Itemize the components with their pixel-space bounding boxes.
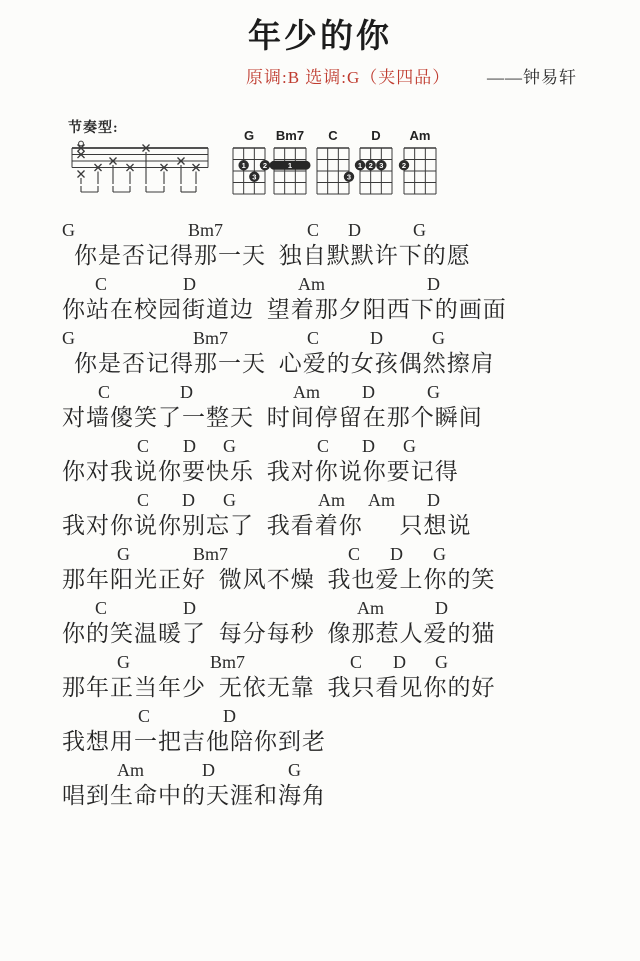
chord-label: D	[390, 544, 403, 565]
lyric-row: 你是否记得那一天 心爱的女孩偶然擦肩	[0, 349, 640, 380]
chord-label: C	[95, 274, 107, 295]
lyric-row: 唱到生命中的天涯和海角	[0, 781, 640, 812]
lyric-row: 那年正当年少 无依无靠 我只看见你的好	[0, 673, 640, 704]
chord-label: Am	[318, 490, 345, 511]
chord-label: C	[138, 706, 150, 727]
lyric-row: 你的笑温暖了 每分每秒 像那惹人爱的猫	[0, 619, 640, 650]
lyric-text: 你对我说你要快乐 我对你说你要记得	[0, 459, 459, 484]
chord-label: D	[427, 490, 440, 511]
lyric-text: 你是否记得那一天 独自默默许下的愿	[0, 243, 471, 268]
svg-text:D: D	[371, 128, 380, 143]
chord-label: D	[427, 274, 440, 295]
lyric-text: 你的笑温暖了 每分每秒 像那惹人爱的猫	[0, 621, 496, 646]
lyric-row: 对墙傻笑了一整天 时间停留在那个瞬间	[0, 403, 640, 434]
chord-label: D	[435, 598, 448, 619]
lyric-row: 你是否记得那一天 独自默默许下的愿	[0, 241, 640, 272]
chord-label: C	[307, 328, 319, 349]
chord-label: C	[348, 544, 360, 565]
svg-text:1: 1	[242, 161, 246, 170]
svg-text:1: 1	[288, 161, 292, 170]
song-line: CDAmD你站在校园街道边 望着那夕阳西下的画面	[0, 272, 640, 326]
chord-label: D	[393, 652, 406, 673]
chord-label: D	[348, 220, 361, 241]
chord-label: C	[350, 652, 362, 673]
chord-label: G	[62, 220, 75, 241]
chord-label: Am	[298, 274, 325, 295]
song-line: AmDG唱到生命中的天涯和海角	[0, 758, 640, 812]
chord-row: GBm7CDG	[0, 218, 640, 241]
chord-label: G	[117, 652, 130, 673]
chord-row: CD	[0, 704, 640, 727]
chord-label: Am	[117, 760, 144, 781]
lyric-text: 我对你说你别忘了 我看着你 只想说	[0, 513, 472, 538]
svg-text:3: 3	[347, 172, 351, 181]
chord-label: C	[307, 220, 319, 241]
lyric-row: 你对我说你要快乐 我对你说你要记得	[0, 457, 640, 488]
chord-grid-icon: Bm71	[268, 126, 314, 202]
chord-label: D	[183, 274, 196, 295]
lyric-text: 唱到生命中的天涯和海角	[0, 783, 326, 808]
chord-label: C	[137, 436, 149, 457]
svg-text:G: G	[244, 128, 254, 143]
chord-label: G	[117, 544, 130, 565]
song-line: CDGAmAmD我对你说你别忘了 我看着你 只想说	[0, 488, 640, 542]
lyric-row: 我想用一把吉他陪你到老	[0, 727, 640, 758]
chord-label: C	[137, 490, 149, 511]
chord-label: D	[223, 706, 236, 727]
chord-label: G	[435, 652, 448, 673]
artist-credit: ——钟易轩	[487, 63, 577, 88]
chord-diagrams: G123Bm71C3D123Am2	[0, 126, 640, 206]
song-line: GBm7CDG那年正当年少 无依无靠 我只看见你的好	[0, 650, 640, 704]
lyric-text: 你站在校园街道边 望着那夕阳西下的画面	[0, 297, 507, 322]
chord-label: D	[202, 760, 215, 781]
chord-label: G	[288, 760, 301, 781]
lyric-text: 我想用一把吉他陪你到老	[0, 729, 326, 754]
chord-label: C	[317, 436, 329, 457]
svg-text:1: 1	[358, 161, 362, 170]
chord-label: Bm7	[188, 220, 223, 241]
song-line: CDGCDG你对我说你要快乐 我对你说你要记得	[0, 434, 640, 488]
lyric-text: 对墙傻笑了一整天 时间停留在那个瞬间	[0, 405, 483, 430]
chord-grid-icon: C3	[311, 126, 357, 202]
chord-diagram-G: G123	[227, 126, 273, 207]
chord-label: G	[223, 436, 236, 457]
chord-row: CDGCDG	[0, 434, 640, 457]
chord-grid-icon: D123	[354, 126, 400, 202]
chord-label: D	[183, 436, 196, 457]
svg-text:2: 2	[369, 161, 373, 170]
chord-label: D	[183, 598, 196, 619]
song-line: GBm7CDG你是否记得那一天 独自默默许下的愿	[0, 218, 640, 272]
chord-diagram-C: C3	[311, 126, 357, 207]
chord-label: D	[370, 328, 383, 349]
chord-row: GBm7CDG	[0, 650, 640, 673]
chord-grid-icon: Am2	[398, 126, 444, 202]
chord-label: G	[433, 544, 446, 565]
svg-text:Bm7: Bm7	[276, 128, 304, 143]
chord-label: C	[95, 598, 107, 619]
chord-label: C	[98, 382, 110, 403]
chord-row: CDAmDG	[0, 380, 640, 403]
chord-label: G	[427, 382, 440, 403]
chord-label: D	[180, 382, 193, 403]
song-line: GBm7CDG那年阳光正好 微风不燥 我也爱上你的笑	[0, 542, 640, 596]
key-info: 原调:B 选调:G（夹四品）	[246, 63, 450, 88]
chord-row: AmDG	[0, 758, 640, 781]
chord-label: Am	[368, 490, 395, 511]
song-line: CD我想用一把吉他陪你到老	[0, 704, 640, 758]
lyric-text: 那年正当年少 无依无靠 我只看见你的好	[0, 675, 496, 700]
chord-row: CDAmD	[0, 272, 640, 295]
svg-text:Am: Am	[410, 128, 431, 143]
chord-row: CDGAmAmD	[0, 488, 640, 511]
chord-label: D	[362, 382, 375, 403]
chord-label: Bm7	[193, 544, 228, 565]
chord-diagram-Bm7: Bm71	[268, 126, 314, 207]
song-body: GBm7CDG你是否记得那一天 独自默默许下的愿CDAmD你站在校园街道边 望着…	[0, 218, 640, 812]
chord-label: D	[362, 436, 375, 457]
chord-label: Am	[357, 598, 384, 619]
svg-text:2: 2	[402, 161, 406, 170]
lyric-row: 我对你说你别忘了 我看着你 只想说	[0, 511, 640, 542]
chord-row: GBm7CDG	[0, 326, 640, 349]
sheet-page: 年少的你 原调:B 选调:G（夹四品） ——钟易轩 节奏型: G123Bm71C…	[0, 0, 640, 961]
svg-text:2: 2	[263, 161, 267, 170]
chord-label: D	[182, 490, 195, 511]
song-line: CDAmD你的笑温暖了 每分每秒 像那惹人爱的猫	[0, 596, 640, 650]
lyric-text: 你是否记得那一天 心爱的女孩偶然擦肩	[0, 351, 495, 376]
chord-diagram-Am: Am2	[398, 126, 444, 207]
svg-text:3: 3	[379, 161, 383, 170]
svg-text:3: 3	[252, 172, 256, 181]
chord-label: G	[413, 220, 426, 241]
chord-label: G	[62, 328, 75, 349]
svg-text:C: C	[328, 128, 338, 143]
chord-diagram-D: D123	[354, 126, 400, 207]
lyric-row: 那年阳光正好 微风不燥 我也爱上你的笑	[0, 565, 640, 596]
chord-label: G	[223, 490, 236, 511]
chord-label: Bm7	[193, 328, 228, 349]
chord-label: Bm7	[210, 652, 245, 673]
chord-row: GBm7CDG	[0, 542, 640, 565]
chord-label: G	[403, 436, 416, 457]
song-title: 年少的你	[0, 10, 640, 57]
chord-row: CDAmD	[0, 596, 640, 619]
chord-label: G	[432, 328, 445, 349]
lyric-text: 那年阳光正好 微风不燥 我也爱上你的笑	[0, 567, 496, 592]
chord-label: Am	[293, 382, 320, 403]
chord-grid-icon: G123	[227, 126, 273, 202]
song-line: GBm7CDG你是否记得那一天 心爱的女孩偶然擦肩	[0, 326, 640, 380]
song-line: CDAmDG对墙傻笑了一整天 时间停留在那个瞬间	[0, 380, 640, 434]
lyric-row: 你站在校园街道边 望着那夕阳西下的画面	[0, 295, 640, 326]
